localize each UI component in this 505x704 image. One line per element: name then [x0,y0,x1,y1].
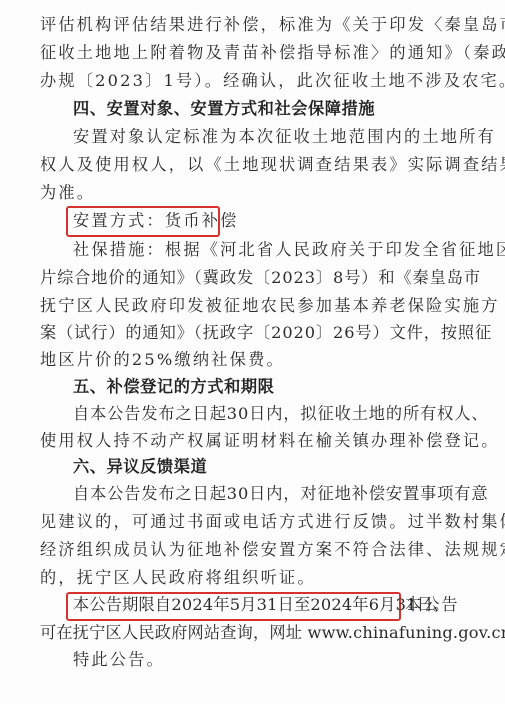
paragraph-line: 自本公告发布之日起30日内，对征地补偿安置事项有意 [73,480,455,508]
paragraph-line: 案（试行）的通知》（抚政字〔2020〕26号）文件，按照征 [40,319,455,347]
section-heading-4: 四、安置对象、安置方式和社会保障措施 [73,95,488,123]
paragraph-line: 评估机构评估结果进行补偿，标准为《关于印发〈秦皇岛市 [40,11,455,39]
paragraph-line: 见建议的，可通过书面或电话方式进行反馈。过半数村集体 [40,508,455,536]
paragraph-line: 本公告 [405,591,460,619]
closing-line: 特此公告。 [73,646,455,674]
notice-period: 本公告期限自2024年5月31日至2024年6月31日。 [73,591,403,619]
paragraph-line: 经济组织成员认为征地补偿安置方案不符合法律、法规规定 [40,536,455,564]
website-line: 可在抚宁区人民政府网站查询，网址 www.chinafuning.gov.cn。 [40,619,490,647]
resettlement-method: 安置方式：货币补偿 [73,207,455,235]
paragraph-line: 办规〔2023〕1号）。经确认，此次征收土地不涉及农宅。 [40,67,455,95]
section-heading-6: 六、异议反馈渠道 [73,453,488,481]
paragraph-line: 使用权人持不动产权属证明材料在榆关镇办理补偿登记。 [40,427,455,455]
paragraph-line: 安置对象认定标准为本次征收土地范围内的土地所有 [73,123,455,151]
paragraph-line: 权人及使用权人，以《土地现状调查结果表》实际调查结果 [40,151,455,179]
paragraph-line: 的，抚宁区人民政府将组织听证。 [40,564,455,592]
section-heading-5: 五、补偿登记的方式和期限 [73,373,488,401]
paragraph-line: 征收土地地上附着物及青苗补偿指导标准〉的通知》（秦政 [40,39,455,67]
paragraph-line: 为准。 [40,179,455,207]
paragraph-line: 抚宁区人民政府印发被征地农民参加基本养老保险实施方 [40,292,455,320]
paragraph-line: 社保措施：根据《河北省人民政府关于印发全省征地区 [73,236,455,264]
paragraph-line: 地区片价的25%缴纳社保费。 [40,346,455,374]
paragraph-line: 片综合地价的通知》（冀政发〔2023〕8号）和《秦皇岛市 [40,264,455,292]
paragraph-line: 自本公告发布之日起30日内，拟征收土地的所有权人、 [73,400,455,428]
